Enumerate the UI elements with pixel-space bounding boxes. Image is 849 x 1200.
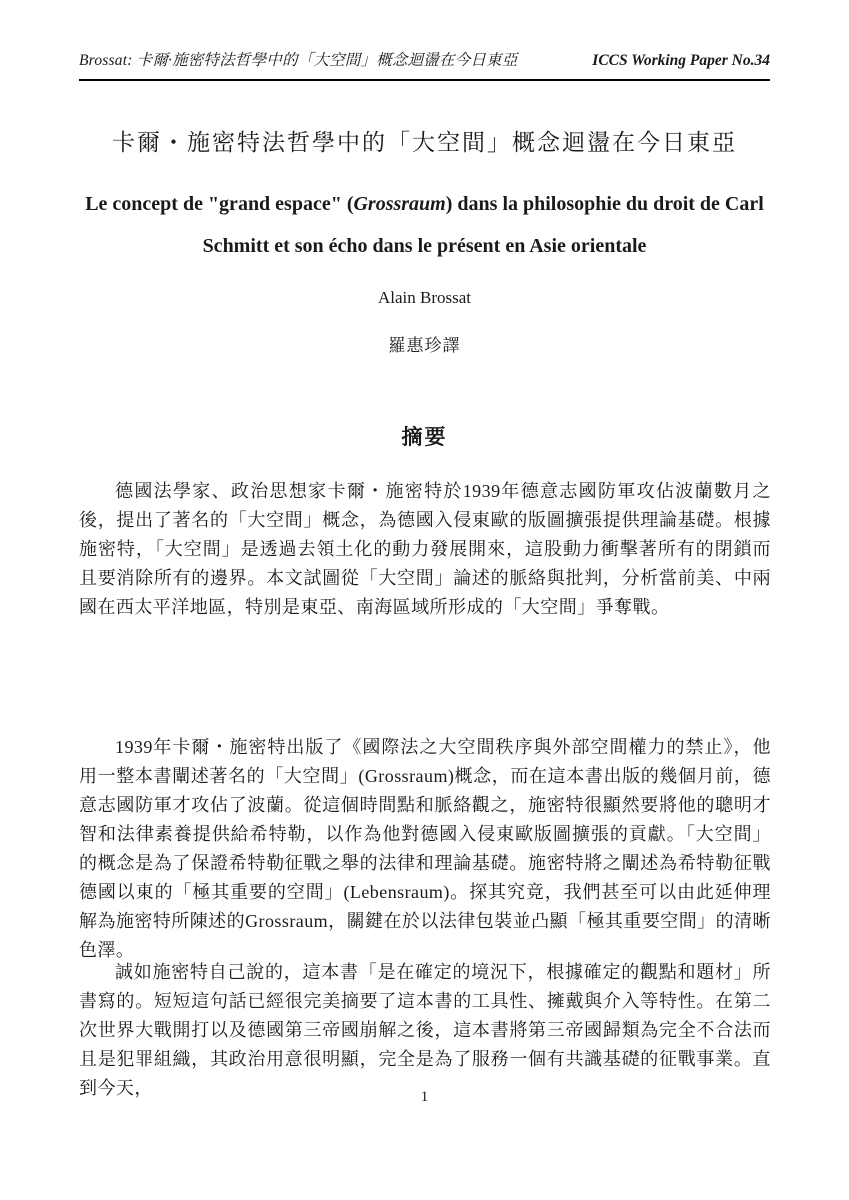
title-french-grossraum-italic: Grossraum (353, 193, 445, 215)
title-french-part1: Le concept de "grand espace" ( (85, 193, 353, 215)
author-name: Alain Brossat (79, 288, 770, 308)
abstract-heading: 摘要 (79, 421, 770, 451)
abstract-text: 德國法學家、政治思想家卡爾・施密特於1939年德意志國防軍攻佔波蘭數月之後，提出… (79, 477, 771, 622)
running-header: Brossat: 卡爾·施密特法哲學中的「大空間」概念迴盪在今日東亞 ICCS … (79, 48, 770, 81)
document-page: Brossat: 卡爾·施密特法哲學中的「大空間」概念迴盪在今日東亞 ICCS … (0, 0, 849, 1200)
translator-name: 羅惠珍譯 (79, 331, 770, 356)
body-paragraph-1: 1939年卡爾・施密特出版了《國際法之大空間秩序與外部空間權力的禁止》，他用一整… (79, 733, 771, 965)
paper-title-french: Le concept de "grand espace" (Grossraum)… (60, 183, 789, 267)
page-number: 1 (0, 1089, 849, 1106)
body-paragraph-2: 誠如施密特自己說的，這本書「是在確定的境況下，根據確定的觀點和題材」所書寫的。短… (79, 958, 771, 1103)
paper-title-chinese: 卡爾・施密特法哲學中的「大空間」概念迴盪在今日東亞 (79, 124, 770, 157)
running-header-title: Brossat: 卡爾·施密特法哲學中的「大空間」概念迴盪在今日東亞 (79, 48, 518, 70)
running-header-series: ICCS Working Paper No.34 (592, 52, 770, 70)
